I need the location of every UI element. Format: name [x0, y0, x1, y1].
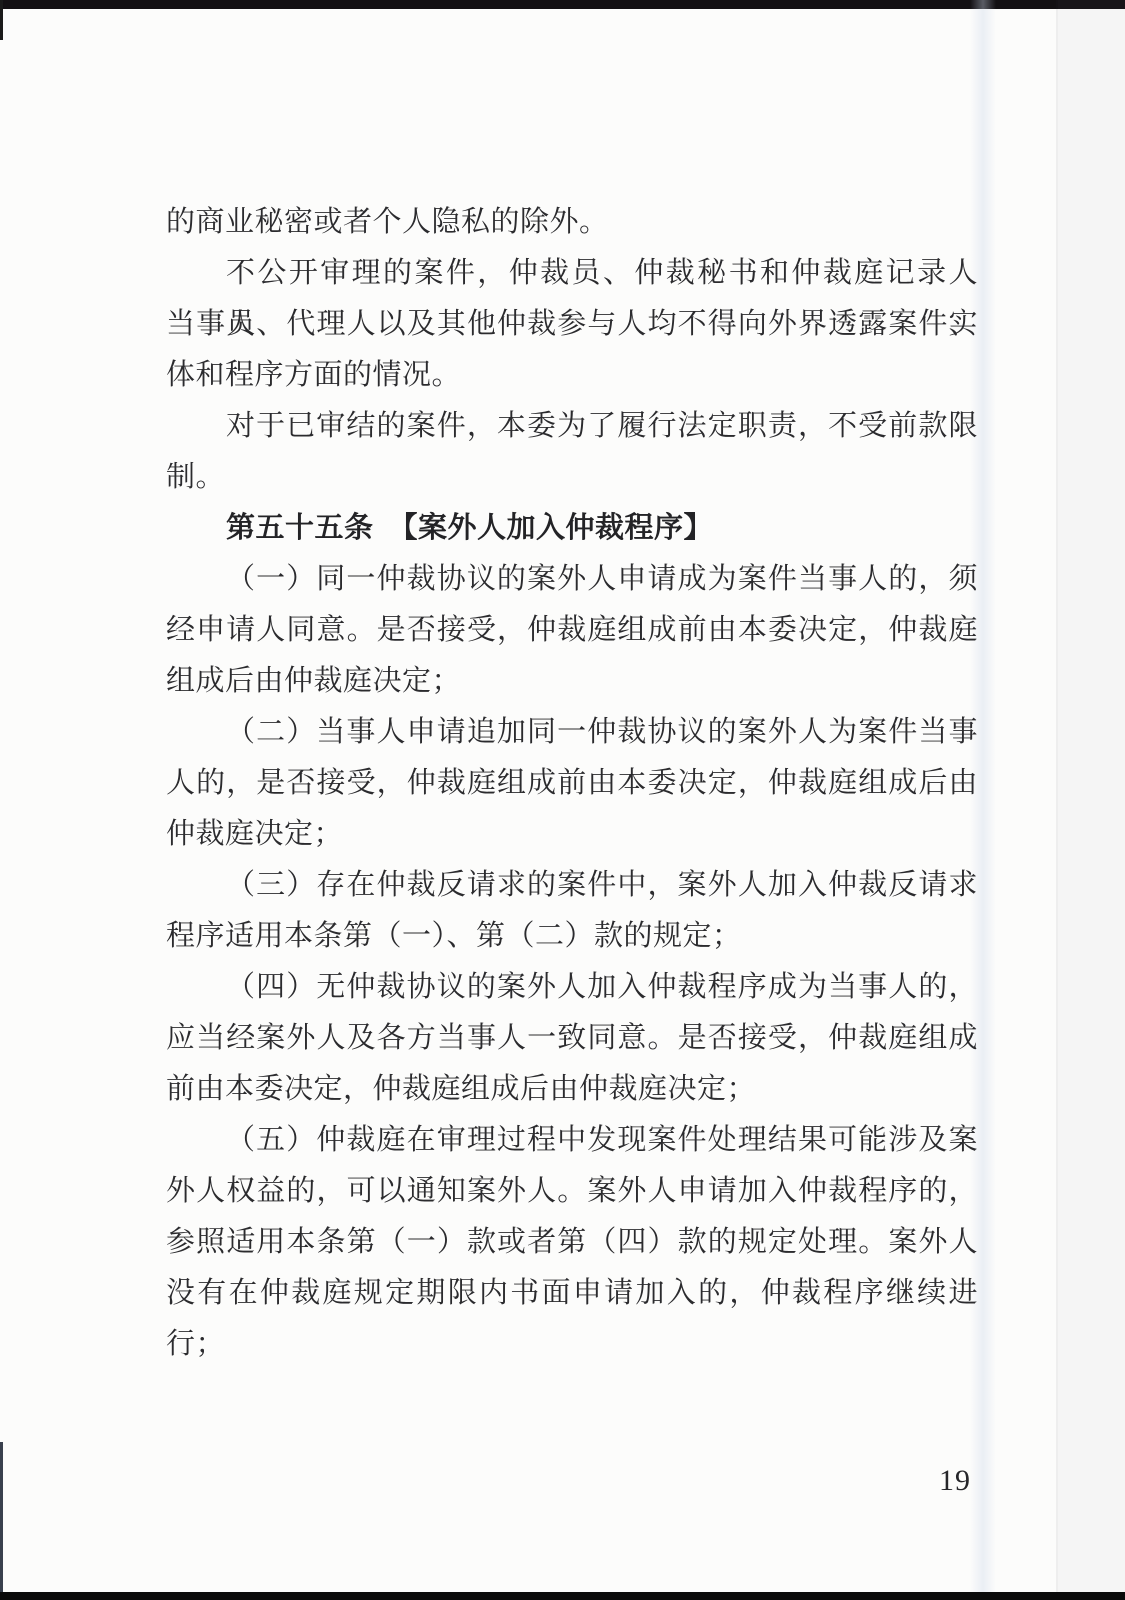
text-line: 外人权益的，可以通知案外人。案外人申请加入仲裁程序的，	[166, 1166, 978, 1217]
text-line: 应当经案外人及各方当事人一致同意。是否接受，仲裁庭组成	[166, 1013, 978, 1064]
text-line: 不公开审理的案件，仲裁员、仲裁秘书和仲裁庭记录人员、	[166, 248, 978, 299]
text-line: （四）无仲裁协议的案外人加入仲裁程序成为当事人的，	[166, 962, 978, 1013]
text-line: 当事人、代理人以及其他仲裁参与人均不得向外界透露案件实	[166, 299, 978, 350]
scan-right-shade	[1058, 0, 1125, 1600]
text-line: 体和程序方面的情况。	[166, 350, 978, 401]
document-text-column: 的商业秘密或者个人隐私的除外。不公开审理的案件，仲裁员、仲裁秘书和仲裁庭记录人员…	[166, 197, 978, 1370]
text-line: 行；	[166, 1319, 978, 1370]
text-line: 程序适用本条第（一）、第（二）款的规定；	[166, 911, 978, 962]
scan-border-bottom	[0, 1592, 1125, 1600]
document-page: 的商业秘密或者个人隐私的除外。不公开审理的案件，仲裁员、仲裁秘书和仲裁庭记录人员…	[0, 0, 1125, 1600]
text-line: 的商业秘密或者个人隐私的除外。	[166, 197, 978, 248]
text-line: 组成后由仲裁庭决定；	[166, 656, 978, 707]
text-line: 仲裁庭决定；	[166, 809, 978, 860]
text-line: 经申请人同意。是否接受，仲裁庭组成前由本委决定，仲裁庭	[166, 605, 978, 656]
scan-edge-left-top	[0, 0, 3, 40]
page-number: 19	[925, 1464, 985, 1498]
scan-edge-left-bottom	[0, 1442, 3, 1594]
text-line: 没有在仲裁庭规定期限内书面申请加入的，仲裁程序继续进	[166, 1268, 978, 1319]
text-line: 对于已审结的案件，本委为了履行法定职责，不受前款限	[166, 401, 978, 452]
text-line: （一）同一仲裁协议的案外人申请成为案件当事人的，须	[166, 554, 978, 605]
scan-border-top	[0, 0, 1125, 9]
article-heading: 第五十五条 【案外人加入仲裁程序】	[166, 503, 978, 554]
text-line: 前由本委决定，仲裁庭组成后由仲裁庭决定；	[166, 1064, 978, 1115]
text-line: （三）存在仲裁反请求的案件中，案外人加入仲裁反请求	[166, 860, 978, 911]
text-line: 人的，是否接受，仲裁庭组成前由本委决定，仲裁庭组成后由	[166, 758, 978, 809]
text-line: （五）仲裁庭在审理过程中发现案件处理结果可能涉及案	[166, 1115, 978, 1166]
text-line: 参照适用本条第（一）款或者第（四）款的规定处理。案外人	[166, 1217, 978, 1268]
text-line: （二）当事人申请追加同一仲裁协议的案外人为案件当事	[166, 707, 978, 758]
text-line: 制。	[166, 452, 978, 503]
